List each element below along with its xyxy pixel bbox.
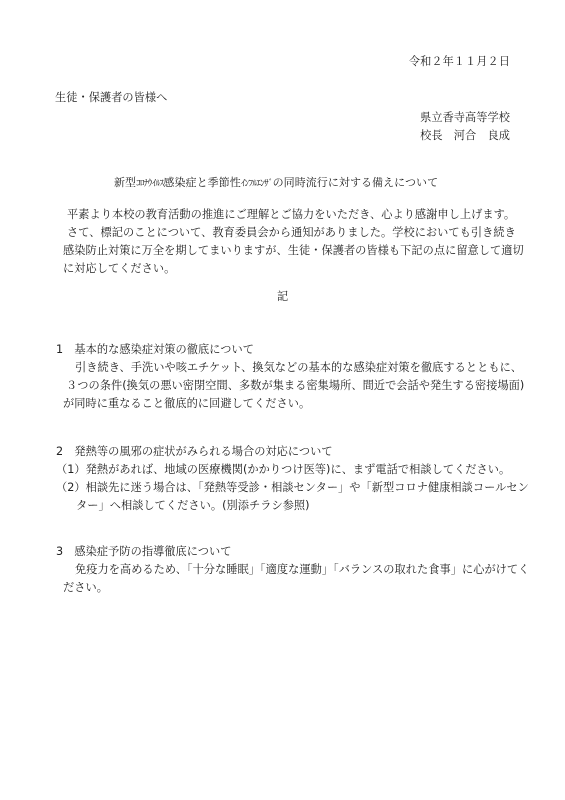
section-line: （2）相談先に迷う場合は、「発熱等受診・相談センター」や「新型コロナ健康相談コー…: [56, 479, 529, 497]
title-part: 感染症と季節性: [163, 176, 240, 189]
title-part: ｺﾛﾅｳｲﾙｽ: [136, 179, 163, 189]
title-part: 新型: [114, 176, 136, 189]
section-line: ター」へ相談してください。(別添チラシ参照): [76, 497, 310, 515]
intro-line: に対応してください。: [63, 260, 175, 278]
section-line: ３つの条件(換気の悪い密閉空間、多数が集まる密集場所、間近で会話や発生する密接場…: [66, 377, 524, 395]
sender-school: 県立香寺高等学校: [420, 109, 510, 127]
section-line: 引き続き、手洗いや咳エチケット、換気などの基本的な感染症対策を徹底するとともに、: [75, 359, 522, 377]
intro-line: 平素より本校の教育活動の推進にご理解とご協力をいただき、心より感謝申し上げます。: [67, 206, 515, 224]
title-part: ｲﾝﾌﾙｴﾝｻﾞ: [241, 179, 273, 189]
section-line: （1）発熱があれば、地域の医療機関(かかりつけ医等)に、まず電話で相談してくださ…: [56, 461, 510, 479]
section-heading: 3 感染症予防の指導徹底について: [56, 543, 232, 561]
ki-heading: 記: [277, 288, 288, 306]
document-date: 令和２年１１月２日: [409, 53, 510, 71]
intro-line: 感染防止対策に万全を期してまいりますが、生徒・保護者の皆様も下記の点に留意して適…: [63, 242, 524, 260]
section-line: 免疫力を高めるため、「十分な睡眠」「適度な運動」「バランスの取れた食事」に心がけ…: [75, 561, 529, 579]
addressee: 生徒・保護者の皆様へ: [55, 89, 167, 107]
section-heading: 1 基本的な感染症対策の徹底について: [56, 341, 254, 359]
sender-principal: 校長 河合 良成: [420, 127, 510, 145]
section-line: が同時に重なること徹底的に回避してください。: [63, 395, 310, 413]
document-title: 新型ｺﾛﾅｳｲﾙｽ感染症と季節性ｲﾝﾌﾙｴﾝｻﾞの同時流行に対する備えについて: [114, 174, 438, 193]
title-part: の同時流行に対する備えについて: [273, 176, 439, 189]
section-heading: 2 発熱等の風邪の症状がみられる場合の対応について: [56, 443, 333, 461]
section-line: ださい。: [63, 579, 108, 597]
intro-line: さて、標記のことについて、教育委員会から通知がありました。学校においても引き続き: [67, 224, 516, 242]
